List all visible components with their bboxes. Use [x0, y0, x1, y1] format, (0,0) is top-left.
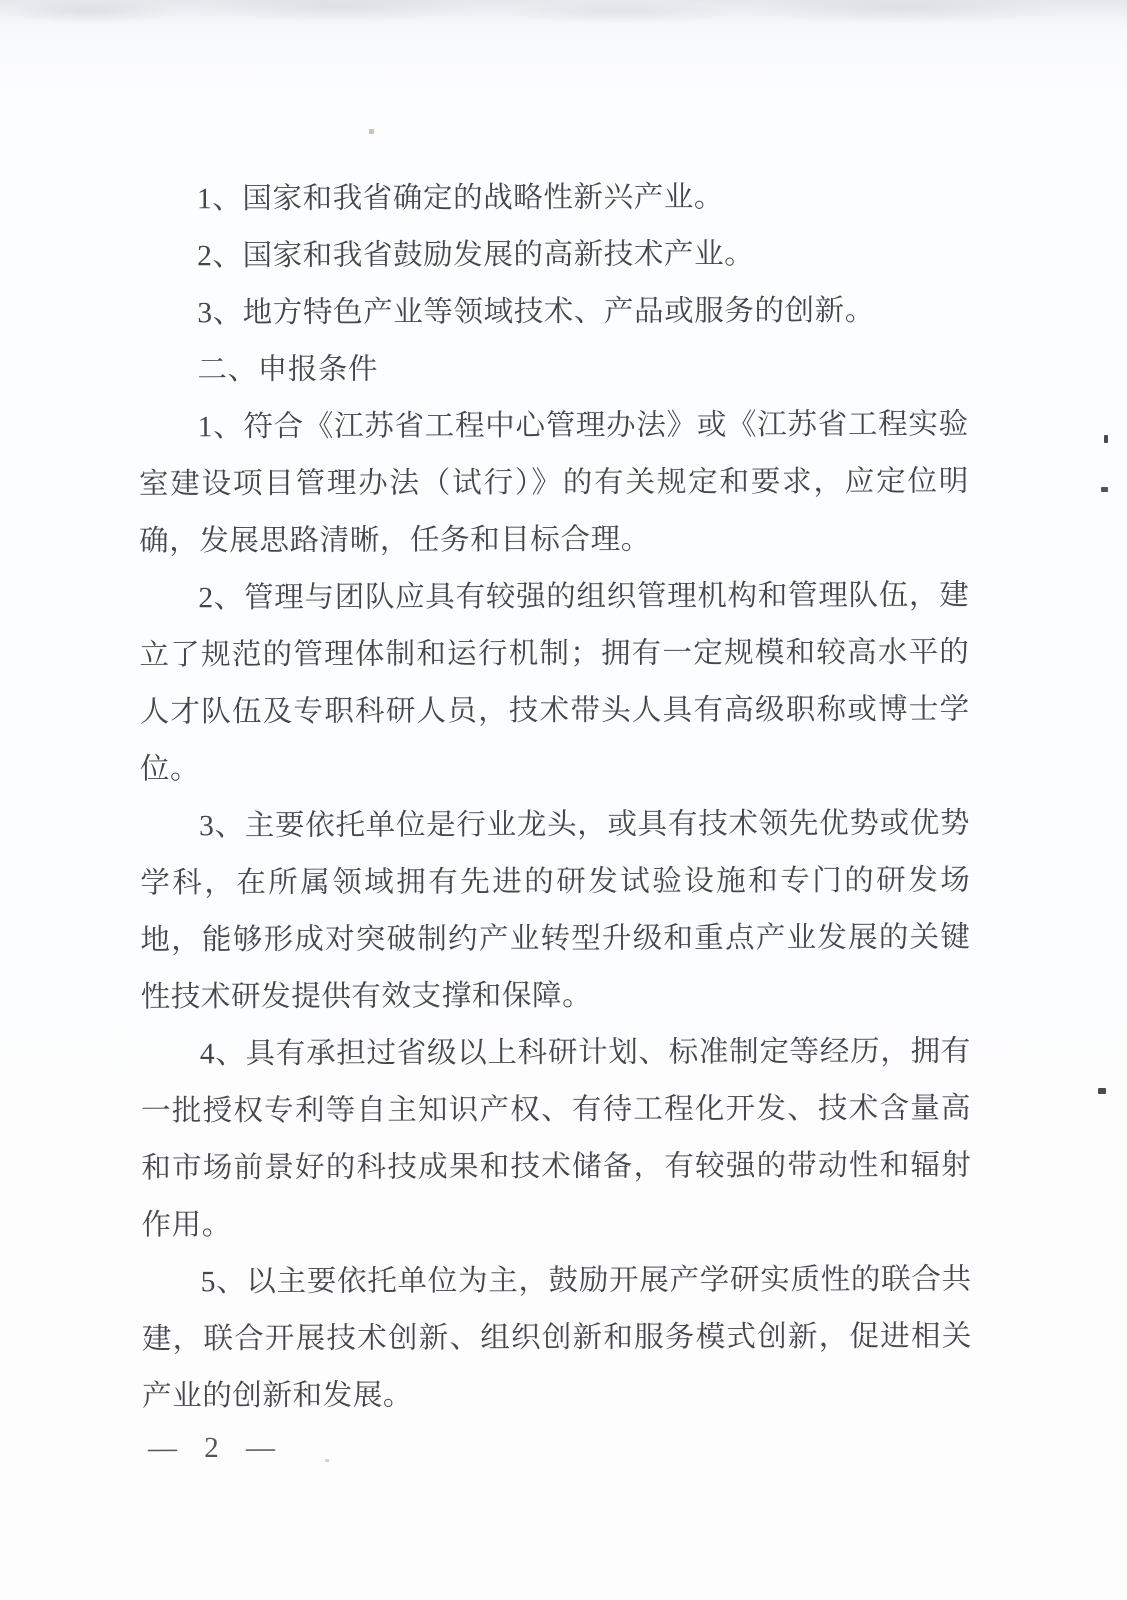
condition-paragraph-5: 5、以主要依托单位为主，鼓励开展产学研实质性的联合共建，联合开展技术创新、组织创…	[142, 1252, 973, 1426]
condition-paragraph-2: 2、管理与团队应具有较强的组织管理机构和管理队伍，建立了规范的管理体制和运行机制…	[139, 568, 970, 799]
section-heading: 二、申报条件	[138, 340, 968, 400]
scanned-document-page: 1、国家和我省确定的战略性新兴产业。 2、国家和我省鼓励发展的高新技术产业。 3…	[0, 0, 1127, 1600]
scan-speck	[1104, 435, 1108, 443]
page-number: — 2 —	[148, 1432, 279, 1465]
scan-speck	[369, 129, 374, 134]
list-item-2: 2、国家和我省鼓励发展的高新技术产业。	[138, 226, 968, 286]
scan-noise-band	[0, 0, 1127, 60]
list-item-1: 1、国家和我省确定的战略性新兴产业。	[138, 169, 968, 229]
list-item-3: 3、地方特色产业等领域技术、产品或服务的创新。	[138, 283, 968, 343]
scan-speck	[325, 1459, 329, 1462]
condition-paragraph-1: 1、符合《江苏省工程中心管理办法》或《江苏省工程实验室建设项目管理办法（试行）》…	[139, 397, 970, 571]
scan-speck	[1101, 487, 1108, 492]
document-body: 1、国家和我省确定的战略性新兴产业。 2、国家和我省鼓励发展的高新技术产业。 3…	[138, 169, 972, 1426]
condition-paragraph-4: 4、具有承担过省级以上科研计划、标准制定等经历，拥有一批授权专利等自主知识产权、…	[141, 1024, 972, 1255]
condition-paragraph-3: 3、主要依托单位是行业龙头，或具有技术领先优势或优势学科，在所属领域拥有先进的研…	[140, 796, 971, 1027]
scan-speck	[1098, 1088, 1106, 1094]
